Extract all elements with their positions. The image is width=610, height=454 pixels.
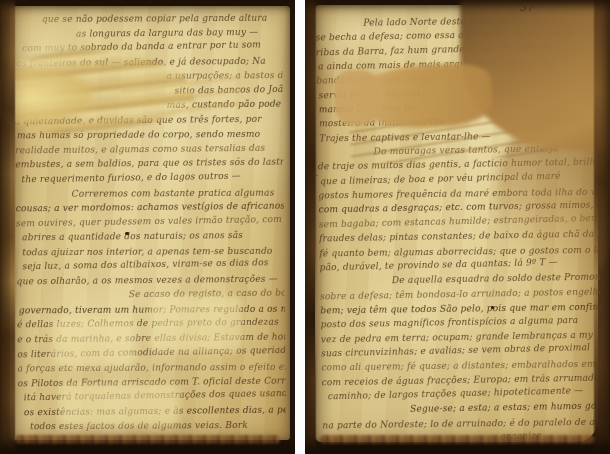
right-page-photo: Pela lado Norte deste Promontório chama-… [305, 0, 610, 454]
manuscript-line: Se acaso do registo, a caso do bom como [129, 287, 285, 303]
manuscript-line: mas, custando pão pode [167, 98, 283, 114]
left-page-text: que se não podessem copiar pela grande a… [14, 11, 286, 444]
manuscript-line: todos estes factos dos de algumas veias.… [30, 419, 286, 435]
manuscript-photo: { "document": { "kind": "handwritten man… [0, 0, 610, 454]
page-number: 57 [520, 1, 534, 14]
manuscript-line: abrires a quantidade dos naturais; os an… [22, 229, 284, 246]
manuscript-line: the requerimento furioso, e do lagos out… [21, 169, 283, 188]
right-page-text: Pela lado Norte deste Promontório chama-… [315, 13, 603, 452]
ink-speck [125, 232, 129, 235]
margin-mark: N. [307, 168, 318, 179]
manuscript-line: sitio das bancos do João [174, 83, 282, 99]
left-page-photo: que se não podessem copiar pela grande a… [0, 0, 295, 454]
manuscript-line: organize [500, 428, 602, 445]
manuscript-line: Segue-se; a esta; a estas; em humos gove… [410, 400, 602, 418]
page-divider-gap [295, 0, 305, 454]
ink-speck [491, 306, 494, 309]
